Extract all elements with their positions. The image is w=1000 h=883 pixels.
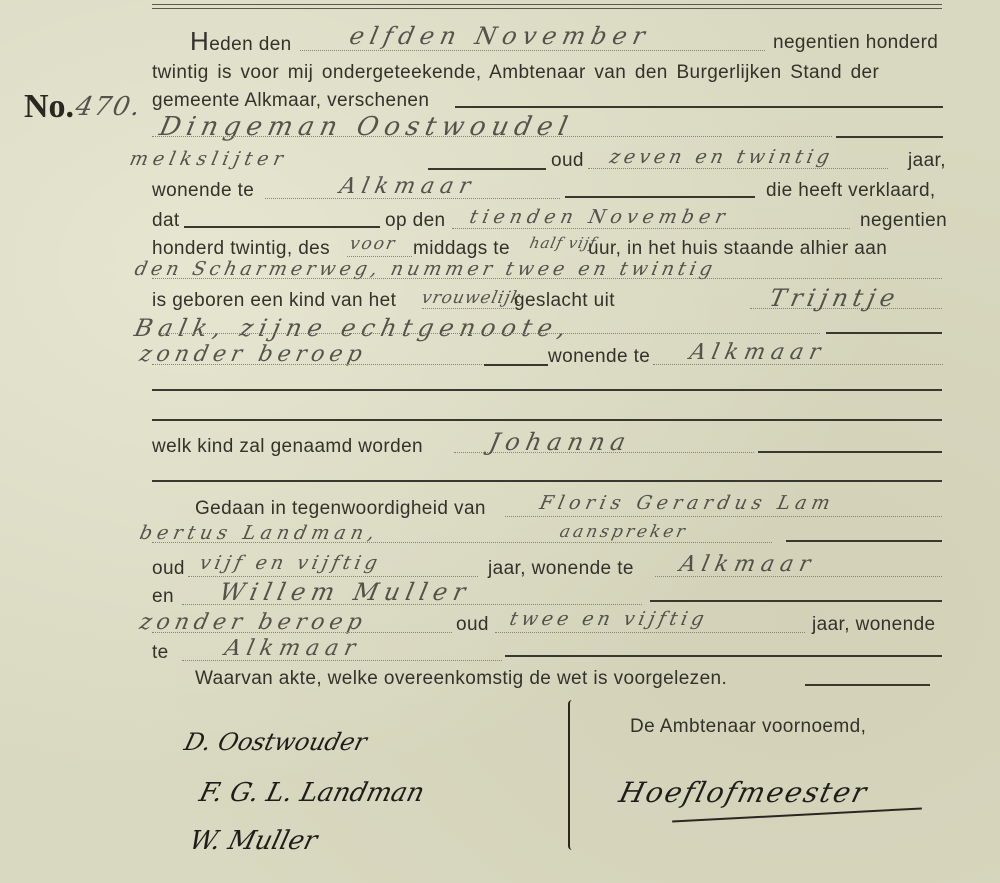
rule (786, 540, 942, 542)
rule (184, 226, 380, 228)
official-signature: Hoeflofmeester (616, 776, 872, 809)
line8-suffix: uur, in het huis staande alhier aan (588, 238, 887, 260)
line8-prefix: honderd twintig, des (152, 238, 330, 260)
child-name: Johanna (487, 428, 634, 456)
oud-label-2: oud (152, 558, 185, 580)
line2: twintig is voor mij ondergeteekende, Amb… (152, 62, 879, 84)
witness1-occupation: aanspreker (558, 522, 690, 542)
mother-residence: Alkmaar (687, 340, 828, 365)
top-double-rule (152, 4, 942, 9)
declarant-name: Dingeman Oostwoudel (157, 112, 576, 142)
te-label: te (152, 642, 169, 664)
dotted-line (188, 576, 478, 577)
signature-witness1: F. G. L. Landman (196, 778, 427, 808)
dotted-line (422, 308, 514, 309)
signature-flourish (672, 807, 922, 822)
rule (826, 332, 942, 334)
line18-suffix: jaar, wonende (812, 614, 936, 636)
oud-label-3: oud (456, 614, 489, 636)
dotted-line (152, 632, 452, 633)
mother-surname: Balk, zijne echtgenoote, (132, 314, 575, 342)
rule (650, 600, 942, 602)
line3: gemeente Alkmaar, verschenen (152, 90, 429, 112)
line1: Heden den (190, 26, 292, 57)
middags-label: middags te (413, 238, 510, 260)
oud-label: oud (551, 150, 584, 172)
geslacht-label: geslacht uit (514, 290, 615, 312)
closing-line: Waarvan akte, welke overeenkomstig de we… (195, 668, 727, 690)
line13-prefix: welk kind zal genaamd worden (152, 436, 423, 458)
jaar-label: jaar, (908, 150, 946, 172)
dotted-line (152, 278, 942, 279)
dotted-line (152, 542, 772, 543)
signature-declarant: D. Oostwouder (182, 728, 370, 756)
record-number: 470. (73, 92, 145, 122)
rule (758, 451, 942, 453)
dotted-line (160, 333, 820, 334)
empty-rule (152, 389, 942, 391)
official-label: De Ambtenaar voornoemd, (630, 716, 866, 738)
line10-prefix: is geboren een kind van het (152, 290, 396, 312)
dotted-line (505, 516, 942, 517)
dotted-line (588, 168, 888, 169)
dat-label: dat (152, 210, 180, 232)
witness2-name: Willem Muller (217, 578, 474, 606)
rule (565, 196, 755, 198)
witness2-age: twee en vijftig (508, 608, 710, 630)
op-den-label: op den (385, 210, 446, 232)
dotted-line (152, 136, 832, 137)
mother-first-name: Trijntje (767, 284, 902, 312)
wonende-te-label-2: wonende te (548, 346, 650, 368)
declarant-occupation: melkslijter (128, 148, 290, 170)
witness1-name-cont: bertus Landman, (138, 522, 382, 544)
ampm: voor (348, 234, 398, 254)
dotted-line (300, 50, 765, 51)
rule (428, 168, 546, 170)
empty-rule (152, 419, 942, 421)
child-sex: vrouwelijk (420, 288, 524, 308)
rule (836, 136, 943, 138)
birth-address: den Scharmerweg, nummer twee en twintig (133, 258, 719, 280)
line1-suffix: negentien honderd (773, 32, 938, 54)
witness1-age: vijf en vijftig (198, 552, 384, 574)
dotted-line (495, 632, 805, 633)
negentien-label: negentien (860, 210, 947, 232)
verklaard-label: die heeft verklaard, (766, 180, 936, 202)
rule (805, 684, 930, 686)
dotted-line (152, 364, 482, 365)
separator-rule (152, 480, 942, 482)
declarant-age: zeven en twintig (608, 146, 836, 168)
birth-date: tienden November (468, 206, 732, 228)
en-label: en (152, 586, 174, 608)
rule (505, 655, 942, 657)
line16-mid: jaar, wonende te (488, 558, 634, 580)
rule (484, 364, 548, 366)
witness2-residence: Alkmaar (222, 636, 363, 661)
signature-witness2: W. Muller (186, 826, 320, 856)
date-handwritten: elfden November (347, 22, 653, 50)
line14-prefix: Gedaan in tegenwoordigheid van (195, 498, 486, 520)
declarant-residence: Alkmaar (337, 174, 478, 199)
witness1-residence: Alkmaar (677, 552, 818, 577)
dotted-line (347, 256, 412, 257)
record-number-label: No. (24, 88, 74, 126)
rule (455, 106, 943, 108)
witness1-name: Floris Gerardus Lam (538, 492, 837, 514)
signature-bracket (568, 700, 576, 850)
wonende-te-label: wonende te (152, 180, 254, 202)
drop-cap: H (190, 26, 209, 56)
dotted-line (452, 228, 850, 229)
